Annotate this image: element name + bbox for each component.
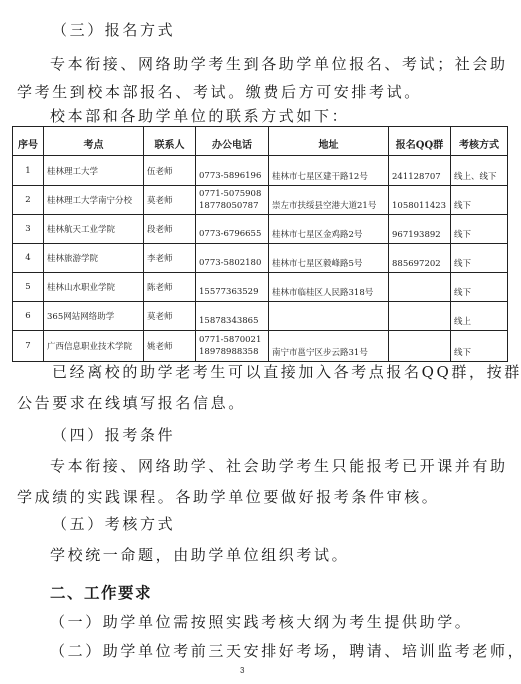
cell-contact: 段老师 <box>144 215 196 244</box>
phone-line-2: 15577363529 <box>199 286 265 298</box>
cell-mode: 线下 <box>451 215 508 244</box>
cell-contact: 莫老师 <box>144 302 196 331</box>
part2-heading: 二、工作要求 <box>50 583 152 603</box>
cell-site: 365网站网络助学 <box>44 302 144 331</box>
cell-qq: 1058011423 <box>389 186 451 215</box>
cell-address <box>269 302 389 331</box>
phone-line-2: 0773-5896196 <box>199 170 265 182</box>
cell-phone: 0771-587002118978988358 <box>196 331 269 362</box>
cell-site: 桂林旅游学院 <box>44 244 144 273</box>
cell-mode: 线上 <box>451 302 508 331</box>
phone-line-1: 0771-5870021 <box>199 334 265 346</box>
after-table-line2: 公告要求在线填写报名信息。 <box>17 393 246 413</box>
phone-line-2: 0773-6796655 <box>199 228 265 240</box>
cell-site: 桂林理工大学 <box>44 156 144 186</box>
cell-no: 6 <box>13 302 44 331</box>
header-address: 地址 <box>269 127 389 156</box>
cell-qq <box>389 331 451 362</box>
section5-heading: （五）考核方式 <box>52 514 175 534</box>
cell-site: 桂林航天工业学院 <box>44 215 144 244</box>
header-qq: 报名QQ群 <box>389 127 451 156</box>
section4-heading: （四）报考条件 <box>52 425 175 445</box>
table-row: 5 桂林山水职业学院 陈老师 15577363529 桂林市临桂区人民路318号… <box>13 273 508 302</box>
phone-line-2: 15878343865 <box>199 315 265 327</box>
section5-line1: 学校统一命题，由助学单位组织考试。 <box>50 545 349 565</box>
cell-phone: 0773-5896196 <box>196 156 269 186</box>
cell-address: 桂林市七星区建干路12号 <box>269 156 389 186</box>
cell-contact: 姚老师 <box>144 331 196 362</box>
section3-para2: 校本部和各助学单位的联系方式如下： <box>50 106 349 126</box>
cell-address: 桂林市七星区毅峰路5号 <box>269 244 389 273</box>
phone-line-2: 18978988358 <box>199 346 265 358</box>
section4-line2: 学成绩的实践课程。各助学单位要做好报考条件审核。 <box>17 487 439 507</box>
part2-item2: （二）助学单位考前三天安排好考场，聘请、培训监考老师， <box>50 641 521 661</box>
cell-phone: 0773-5802180 <box>196 244 269 273</box>
header-phone: 办公电话 <box>196 127 269 156</box>
after-table-line1: 已经离校的助学老考生可以直接加入各考点报名QQ群，按群 <box>52 362 521 382</box>
table-header-row: 序号 考点 联系人 办公电话 地址 报名QQ群 考核方式 <box>13 127 508 156</box>
part2-item1: （一）助学单位需按照实践考核大纲为考生提供助学。 <box>50 612 472 632</box>
cell-no: 7 <box>13 331 44 362</box>
cell-qq <box>389 302 451 331</box>
phone-line-1: 0771-5075908 <box>199 188 265 200</box>
cell-qq: 967193892 <box>389 215 451 244</box>
cell-contact: 伍老师 <box>144 156 196 186</box>
cell-address: 桂林市临桂区人民路318号 <box>269 273 389 302</box>
table-row: 6 365网站网络助学 莫老师 15878343865 线上 <box>13 302 508 331</box>
cell-no: 2 <box>13 186 44 215</box>
header-contact: 联系人 <box>144 127 196 156</box>
cell-phone: 0773-6796655 <box>196 215 269 244</box>
section3-para1-line1: 专本衔接、网络助学考生到各助学单位报名、考试；社会助 <box>50 54 508 74</box>
table-row: 1 桂林理工大学 伍老师 0773-5896196 桂林市七星区建干路12号 2… <box>13 156 508 186</box>
header-no: 序号 <box>13 127 44 156</box>
cell-address: 南宁市邕宁区步云路31号 <box>269 331 389 362</box>
cell-no: 4 <box>13 244 44 273</box>
phone-line-2: 0773-5802180 <box>199 257 265 269</box>
table-row: 4 桂林旅游学院 李老师 0773-5802180 桂林市七星区毅峰路5号 88… <box>13 244 508 273</box>
cell-qq: 241128707 <box>389 156 451 186</box>
cell-phone: 0771-507590818778050787 <box>196 186 269 215</box>
cell-qq <box>389 273 451 302</box>
cell-address: 桂林市七星区金鸡路2号 <box>269 215 389 244</box>
header-mode: 考核方式 <box>451 127 508 156</box>
table-row: 3 桂林航天工业学院 段老师 0773-6796655 桂林市七星区金鸡路2号 … <box>13 215 508 244</box>
cell-contact: 李老师 <box>144 244 196 273</box>
cell-no: 1 <box>13 156 44 186</box>
table-row: 2 桂林理工大学南宁分校 莫老师 0771-507590818778050787… <box>13 186 508 215</box>
cell-no: 3 <box>13 215 44 244</box>
cell-mode: 线上、线下 <box>451 156 508 186</box>
phone-line-2: 18778050787 <box>199 200 265 212</box>
cell-mode: 线下 <box>451 186 508 215</box>
cell-site: 桂林理工大学南宁分校 <box>44 186 144 215</box>
cell-site: 桂林山水职业学院 <box>44 273 144 302</box>
cell-address: 崇左市扶绥县空港大道21号 <box>269 186 389 215</box>
cell-mode: 线下 <box>451 273 508 302</box>
section3-heading: （三）报名方式 <box>52 20 175 40</box>
cell-no: 5 <box>13 273 44 302</box>
cell-mode: 线下 <box>451 331 508 362</box>
section4-line1: 专本衔接、网络助学、社会助学考生只能报考已开课并有助 <box>50 456 508 476</box>
table-row: 7 广西信息职业技术学院 姚老师 0771-587002118978988358… <box>13 331 508 362</box>
cell-site: 广西信息职业技术学院 <box>44 331 144 362</box>
cell-contact: 莫老师 <box>144 186 196 215</box>
cell-mode: 线下 <box>451 244 508 273</box>
contacts-table: 序号 考点 联系人 办公电话 地址 报名QQ群 考核方式 1 桂林理工大学 伍老… <box>12 126 508 362</box>
header-site: 考点 <box>44 127 144 156</box>
section3-para1-line2: 学考生到校本部报名、考试。缴费后方可安排考试。 <box>17 82 422 102</box>
cell-phone: 15577363529 <box>196 273 269 302</box>
cell-contact: 陈老师 <box>144 273 196 302</box>
cell-qq: 885697202 <box>389 244 451 273</box>
cell-phone: 15878343865 <box>196 302 269 331</box>
page-number: 3 <box>240 666 244 675</box>
